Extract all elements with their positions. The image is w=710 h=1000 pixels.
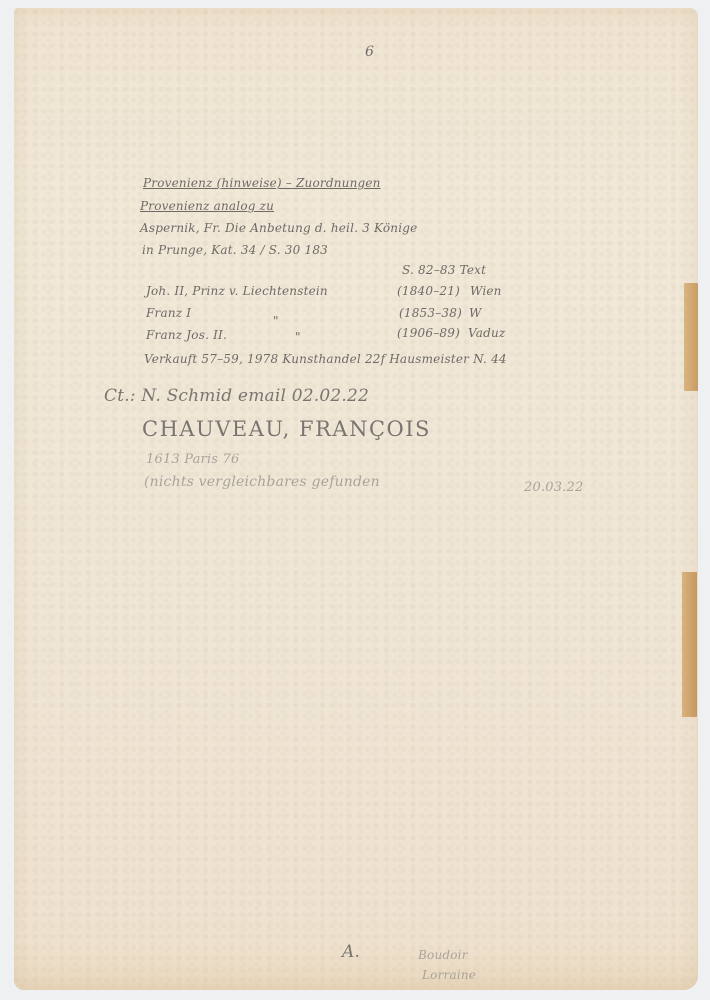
owner-2-ditto: " xyxy=(273,314,279,328)
annotation-line-13: (nichts vergleichbares gefunden xyxy=(144,474,380,490)
paper-sheet xyxy=(14,8,698,990)
owner-2-name: Franz I xyxy=(146,306,191,320)
owner-3-years: (1906–89) xyxy=(397,326,460,340)
annotation-line-5: S. 82–83 Text xyxy=(402,263,486,277)
owner-1-name: Joh. II, Prinz v. Liechtenstein xyxy=(146,284,328,298)
owner-2-years: (1853–38) xyxy=(399,306,462,320)
owner-1-years: (1840–21) xyxy=(397,284,460,298)
annotation-line-9: Verkauft 57–59, 1978 Kunsthandel 22f Hau… xyxy=(144,352,507,366)
owner-1-place: Wien xyxy=(470,284,502,298)
artist-name: CHAUVEAU, FRANÇOIS xyxy=(142,417,431,441)
page-number: 6 xyxy=(365,44,374,60)
artist-dates: 1613 Paris 76 xyxy=(146,452,239,467)
tape-strip-upper xyxy=(684,283,698,391)
bottom-note-2: Lorraine xyxy=(422,968,476,982)
owner-2-place: W xyxy=(469,306,482,320)
annotation-line-3: Aspernik, Fr. Die Anbetung d. heil. 3 Kö… xyxy=(140,221,417,235)
bottom-note-1: Boudoir xyxy=(418,948,468,962)
owner-3-name: Franz Jos. II. xyxy=(146,328,227,342)
provenance-heading: Provenienz (hinweise) – Zuordnungen xyxy=(143,176,381,190)
annotation-line-2: Provenienz analog zu xyxy=(140,199,274,213)
tape-strip-lower xyxy=(682,572,697,717)
contact-line: Ct.: N. Schmid email 02.02.22 xyxy=(104,386,369,406)
bottom-mark: A. xyxy=(342,942,360,962)
annotation-line-4: in Prunge, Kat. 34 / S. 30 183 xyxy=(142,243,328,257)
owner-3-ditto: " xyxy=(295,330,301,344)
annotation-line-13-date: 20.03.22 xyxy=(524,480,584,495)
owner-3-place: Vaduz xyxy=(468,326,505,340)
